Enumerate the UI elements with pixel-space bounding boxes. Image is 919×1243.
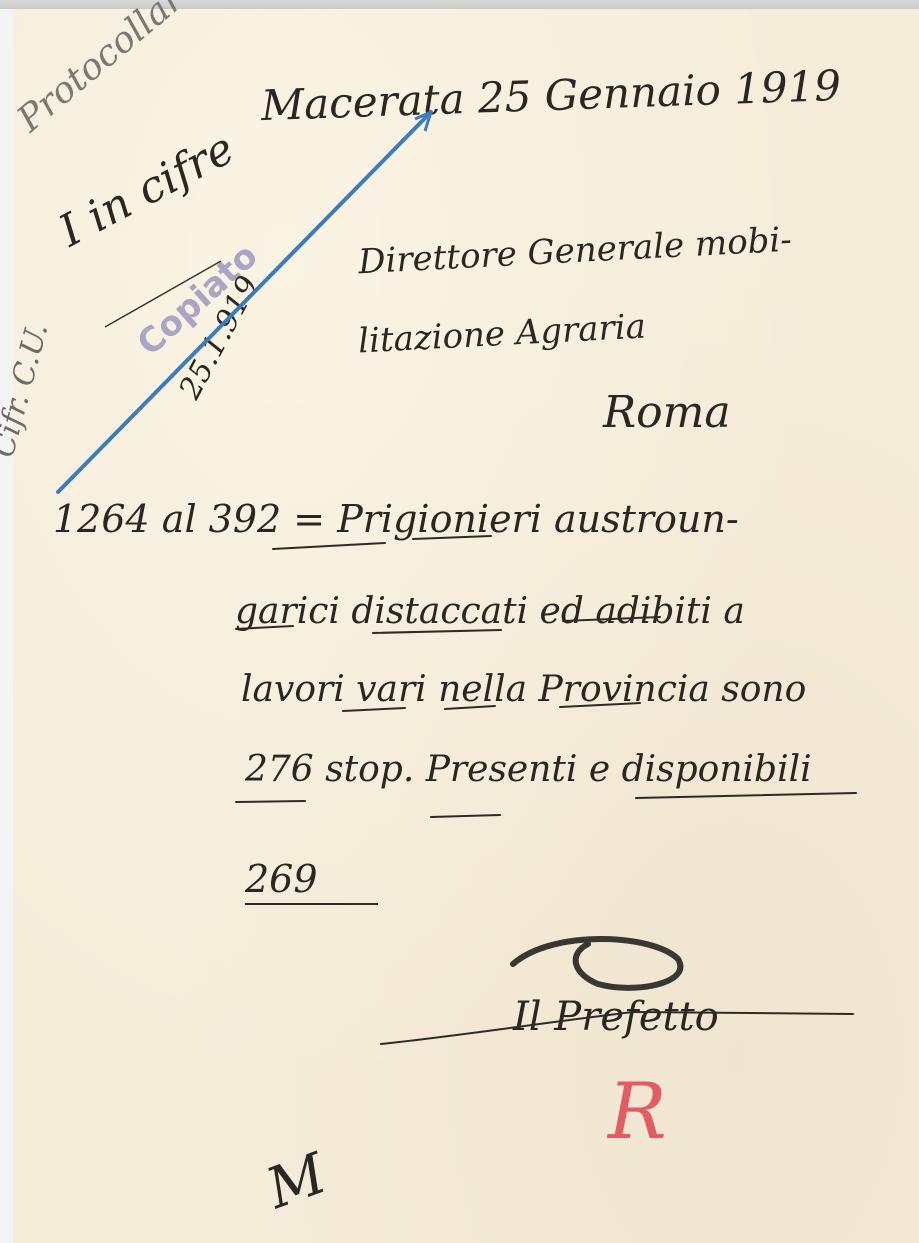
blue-arrow-icon	[58, 112, 431, 492]
document-page: Protocollare! I in cifre Cifr. C.U. Copi…	[13, 9, 919, 1243]
ink-strokes	[13, 9, 919, 1243]
scan-left-edge	[0, 9, 13, 1243]
